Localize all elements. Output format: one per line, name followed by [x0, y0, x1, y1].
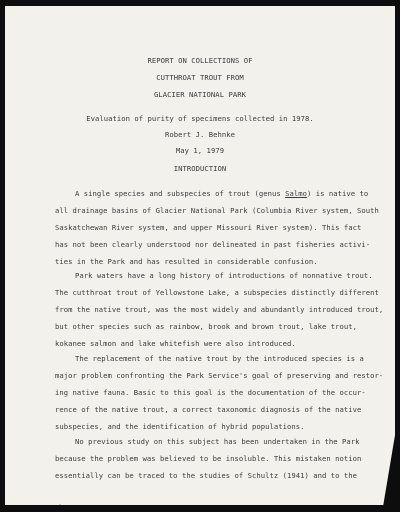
paragraph-1-line: Saskatchewan River system, and upper Mis… — [55, 223, 361, 232]
paragraph-2-line: kokanee salmon and lake whitefish were a… — [55, 339, 296, 348]
paragraph-3-line: The replacement of the native trout by t… — [75, 354, 364, 363]
report-date: May 1, 1979 — [5, 146, 395, 155]
section-heading: INTRODUCTION — [5, 164, 395, 173]
paragraph-1-line: has not been clearly understood nor deli… — [55, 240, 370, 249]
document-page: REPORT ON COLLECTIONS OF CUTTHROAT TROUT… — [5, 6, 395, 505]
paragraph-2-line: but other species such as rainbow, brook… — [55, 322, 357, 331]
report-title-line-1: REPORT ON COLLECTIONS OF — [5, 56, 395, 65]
paper-speck — [59, 504, 61, 507]
report-subtitle: Evaluation of purity of specimens collec… — [5, 114, 395, 123]
paragraph-3-line: major problem confronting the Park Servi… — [55, 371, 383, 380]
genus-name: Salmo — [285, 189, 307, 198]
paragraph-3-line: subspecies, and the identification of hy… — [55, 422, 305, 431]
paragraph-3-line: ing native fauna. Basic to this goal is … — [55, 388, 366, 397]
paragraph-1-line: ties in the Park and has resulted in con… — [55, 257, 318, 266]
paragraph-2-line: Park waters have a long history of intro… — [75, 271, 373, 280]
paragraph-4-line: No previous study on this subject has be… — [75, 437, 360, 446]
paragraph-4-line: because the problem was believed to be i… — [55, 454, 361, 463]
paragraph-1-line-1: A single species and subspecies of trout… — [75, 189, 368, 198]
author: Robert J. Behnke — [5, 130, 395, 139]
paragraph-2-line: from the native trout, was the most wide… — [55, 305, 383, 314]
text-span: A single species and subspecies of trout… — [75, 189, 285, 198]
text-span: ) is native to — [307, 189, 368, 198]
paragraph-2-line: The cutthroat trout of Yellowstone Lake,… — [55, 288, 379, 297]
report-title-line-3: GLACIER NATIONAL PARK — [5, 90, 395, 99]
paragraph-3-line: rence of the native trout, a correct tax… — [55, 405, 361, 414]
report-title-line-2: CUTTHROAT TROUT FROM — [5, 73, 395, 82]
paragraph-1-line: all drainage basins of Glacier National … — [55, 206, 379, 215]
paragraph-4-line: essentially can be traced to the studies… — [55, 471, 357, 480]
